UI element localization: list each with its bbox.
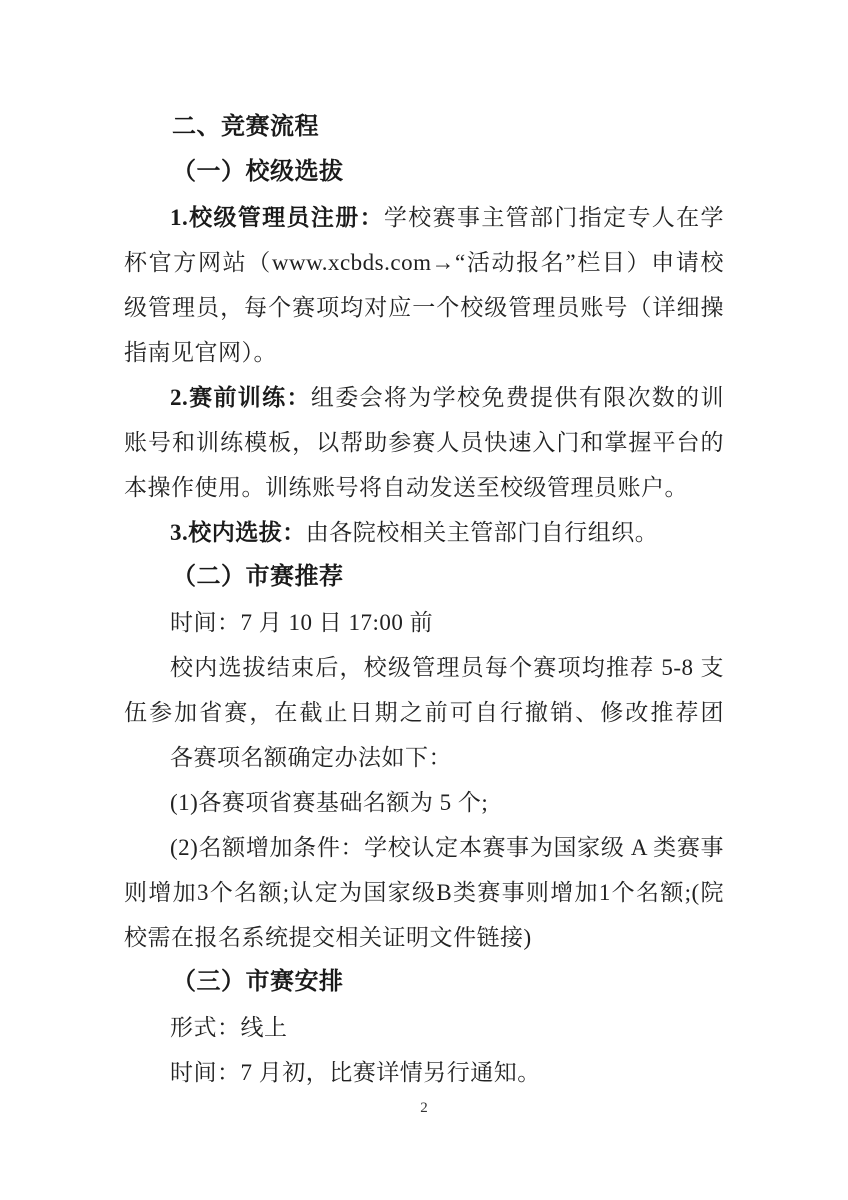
line-text: 指南见官网）。 — [124, 340, 277, 365]
body-line: 3.校内选拔：由各院校相关主管部门自行组织。 — [124, 510, 724, 555]
body-line: 级管理员，每个赛项均对应一个校级管理员账号（详细操作 — [124, 285, 724, 330]
line-text: 杯官方网站（www.xcbds.com→“活动报名”栏目）申请校 — [124, 250, 724, 275]
section-heading: （一）校级选拔 — [124, 150, 724, 195]
line-text: 本操作使用。训练账号将自动发送至校级管理员账户。 — [124, 475, 688, 500]
line-text: (2)名额增加条件：学校认定本赛事为国家级 A 类赛事 — [170, 835, 724, 860]
body-line: 杯官方网站（www.xcbds.com→“活动报名”栏目）申请校 — [124, 240, 724, 285]
line-text: (1)各赛项省赛基础名额为 5 个; — [170, 790, 488, 815]
body-line: 账号和训练模板，以帮助参赛人员快速入门和掌握平台的基 — [124, 420, 724, 465]
body-line: 校内选拔结束后，校级管理员每个赛项均推荐 5-8 支队 — [124, 645, 724, 690]
body-line: 本操作使用。训练账号将自动发送至校级管理员账户。 — [124, 465, 724, 510]
bold-lead: （二）市赛推荐 — [172, 564, 344, 590]
line-text: 则增加3个名额;认定为国家级B类赛事则增加1个名额;(院 — [124, 880, 724, 905]
line-text: 时间：7 月 10 日 17:00 前 — [170, 610, 433, 635]
bold-lead: 3.校内选拔： — [170, 520, 306, 545]
body-line: (1)各赛项省赛基础名额为 5 个; — [124, 780, 724, 825]
section-heading: 二、竞赛流程 — [124, 105, 724, 150]
line-text: 形式：线上 — [170, 1015, 288, 1040]
body-line: 2.赛前训练：组委会将为学校免费提供有限次数的训练 — [124, 375, 724, 420]
body-line: (2)名额增加条件：学校认定本赛事为国家级 A 类赛事 — [124, 825, 724, 870]
bold-lead: （三）市赛安排 — [172, 969, 344, 995]
bold-lead: 2.赛前训练： — [170, 385, 311, 410]
line-text: 伍参加省赛，在截止日期之前可自行撤销、修改推荐团队。 — [124, 700, 724, 735]
line-text: 校内选拔结束后，校级管理员每个赛项均推荐 5-8 支队 — [124, 655, 724, 690]
line-text: 级管理员，每个赛项均对应一个校级管理员账号（详细操作 — [124, 295, 724, 330]
bold-lead: 二、竞赛流程 — [172, 114, 319, 140]
body-line: 各赛项名额确定办法如下： — [124, 735, 724, 780]
bold-lead: 1.校级管理员注册： — [170, 205, 384, 230]
page-number: 2 — [420, 1100, 428, 1116]
document-body: 二、竞赛流程（一）校级选拔1.校级管理员注册：学校赛事主管部门指定专人在学创杯官… — [124, 105, 724, 1095]
body-line: 校需在报名系统提交相关证明文件链接) — [124, 915, 724, 960]
body-line: 伍参加省赛，在截止日期之前可自行撤销、修改推荐团队。 — [124, 690, 724, 735]
body-line: 1.校级管理员注册：学校赛事主管部门指定专人在学创 — [124, 195, 724, 240]
line-text: 时间：7 月初，比赛详情另行通知。 — [170, 1060, 541, 1085]
body-line: 时间：7 月初，比赛详情另行通知。 — [124, 1050, 724, 1095]
body-line: 形式：线上 — [124, 1005, 724, 1050]
section-heading: （二）市赛推荐 — [124, 555, 724, 600]
document-page: 二、竞赛流程（一）校级选拔1.校级管理员注册：学校赛事主管部门指定专人在学创杯官… — [0, 0, 848, 1200]
body-line: 时间：7 月 10 日 17:00 前 — [124, 600, 724, 645]
line-text: 账号和训练模板，以帮助参赛人员快速入门和掌握平台的基 — [124, 430, 724, 465]
line-text: 校需在报名系统提交相关证明文件链接) — [124, 925, 532, 950]
body-line: 指南见官网）。 — [124, 330, 724, 375]
bold-lead: （一）校级选拔 — [172, 159, 344, 185]
page-footer: 2 — [0, 1096, 848, 1120]
line-text: 由各院校相关主管部门自行组织。 — [306, 520, 659, 545]
line-text: 各赛项名额确定办法如下： — [170, 745, 452, 770]
body-line: 则增加3个名额;认定为国家级B类赛事则增加1个名额;(院 — [124, 870, 724, 915]
section-heading: （三）市赛安排 — [124, 960, 724, 1005]
